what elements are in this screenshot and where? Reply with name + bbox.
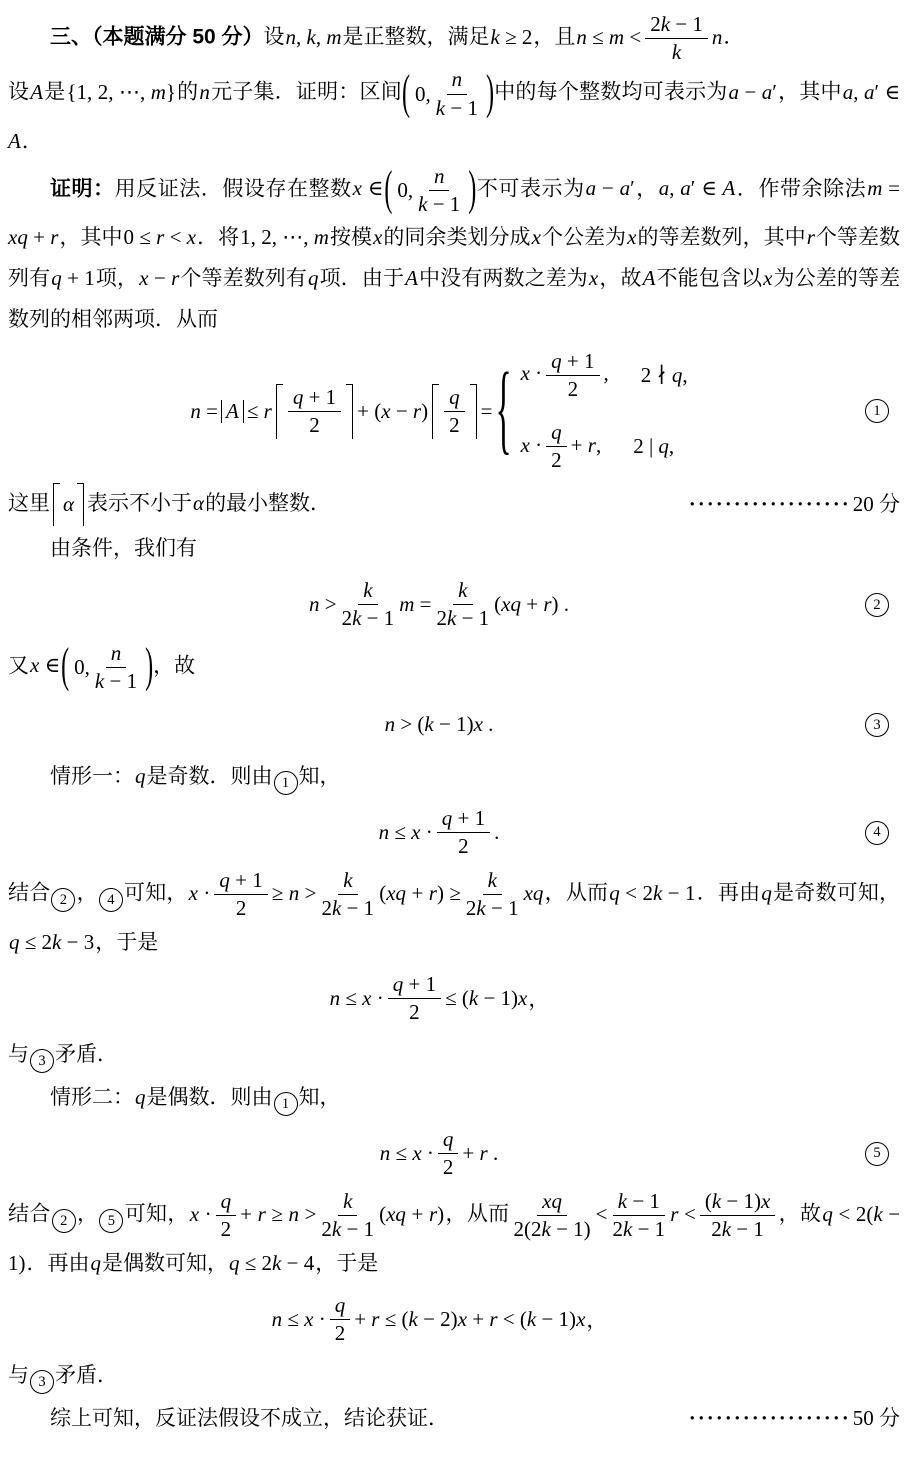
- math-var: k: [672, 40, 681, 64]
- math-symbol: − 4: [281, 1251, 314, 1275]
- ceiling-right-bracket: [77, 483, 84, 526]
- math-text: k: [362, 578, 373, 602]
- math-symbol: ) ≥: [437, 881, 461, 905]
- math-text: q ≤ 2k − 4: [228, 1251, 315, 1275]
- math-var: x: [474, 712, 483, 736]
- math-var: k: [488, 868, 497, 892]
- numerator: (k − 1)x: [700, 1189, 776, 1216]
- score-label: 20 分: [853, 484, 900, 525]
- text-run: 不能包含以: [656, 266, 762, 290]
- text-run: 可知，: [124, 881, 188, 905]
- math-var: a: [864, 80, 875, 104]
- math-var: k: [436, 96, 445, 120]
- text-run: ，且: [533, 25, 575, 49]
- ceiling-left-bracket: [432, 384, 439, 439]
- math-text: <: [595, 1202, 609, 1226]
- math-symbol: 0,: [74, 655, 90, 679]
- math-text: k ≥ 2: [490, 25, 534, 49]
- text-run: 个等差数列有: [180, 266, 307, 290]
- text-run: ，故: [778, 1202, 821, 1226]
- math-var: q: [91, 1251, 102, 1275]
- math-symbol: − 1: [627, 1189, 660, 1213]
- math-symbol: 2: [342, 606, 353, 630]
- math-symbol: ′: [772, 80, 777, 104]
- math-symbol: − 1: [456, 606, 489, 630]
- text-run: 设: [264, 25, 285, 49]
- math-text: 0,: [414, 74, 432, 115]
- math-symbol: − 1): [551, 1217, 591, 1241]
- left-paren: (: [384, 166, 392, 214]
- text-run: ，其中: [59, 225, 122, 249]
- math-symbol: − 1): [721, 1189, 761, 1213]
- math-symbol: +: [467, 1307, 489, 1331]
- math-var: n: [330, 986, 341, 1010]
- math-text: A: [29, 80, 44, 104]
- right-paren: ): [145, 643, 153, 691]
- dot-leader: ··················: [689, 484, 851, 525]
- math-var: x: [381, 399, 390, 423]
- math-text: 0 ≤ r < x: [123, 225, 198, 249]
- math-symbol: ,: [669, 434, 674, 458]
- math-symbol: ′ ∈: [691, 176, 723, 200]
- denominator: 2k − 1: [436, 605, 491, 631]
- math-var: k: [352, 606, 361, 630]
- text-run: 矛盾．: [55, 1363, 118, 1387]
- text-run: ．作带余除法: [736, 176, 866, 200]
- math-text: k − 1: [617, 1189, 661, 1213]
- math-symbol: 2: [551, 448, 562, 472]
- math-var: q: [229, 1251, 240, 1275]
- math-symbol: .: [494, 820, 499, 844]
- equation-tag: 1: [865, 399, 889, 423]
- math-var: n: [452, 67, 463, 91]
- math-text: q: [90, 1251, 103, 1275]
- paragraph: 三、（本题满分 50 分）设n, k, m是正整数，满足k ≥ 2，且n ≤ m…: [8, 12, 900, 65]
- ceiling-brackets: α: [53, 483, 84, 526]
- math-text: k: [342, 868, 353, 892]
- math-var: x: [458, 1307, 467, 1331]
- denominator: k − 1: [435, 95, 479, 121]
- math-var: q: [761, 881, 772, 905]
- math-symbol: +: [406, 881, 429, 905]
- math-text: n: [711, 25, 724, 49]
- denominator: 2k − 1: [341, 605, 396, 631]
- math-symbol: − 2): [418, 1307, 458, 1331]
- equation-content: n > (k − 1)x .: [384, 712, 495, 737]
- math-text: n: [198, 80, 211, 104]
- math-symbol: ·: [313, 1307, 325, 1331]
- math-var: k: [661, 12, 670, 36]
- fraction: nk − 1: [417, 164, 461, 217]
- paren-group: (0,nk − 1): [402, 67, 494, 120]
- math-text: x: [626, 225, 637, 249]
- math-symbol: ≤ 2: [240, 1251, 273, 1275]
- math-var: n: [272, 1307, 283, 1331]
- math-var: q: [219, 868, 230, 892]
- fraction: k2k − 1: [465, 868, 520, 921]
- math-var: k: [52, 930, 61, 954]
- circled-number: 4: [99, 888, 123, 912]
- math-text: 2: [334, 1321, 347, 1345]
- math-var: k: [332, 896, 341, 920]
- math-symbol: + 1: [230, 868, 263, 892]
- math-var: q: [9, 930, 20, 954]
- numerator: k: [483, 868, 502, 895]
- math-var: xq: [8, 225, 28, 249]
- math-symbol: ,: [682, 363, 687, 387]
- text-run: 综上可知，反证法假设不成立，结论获证．: [50, 1406, 449, 1430]
- score-line-text: 这里α表示不小于α的最小整数．: [8, 483, 331, 527]
- math-var: x: [763, 266, 772, 290]
- math-var: xq: [386, 881, 406, 905]
- math-text: x − r: [138, 266, 180, 290]
- math-symbol: ): [437, 1202, 444, 1226]
- text-run: 表示不小于: [87, 491, 192, 515]
- math-symbol: −: [739, 80, 762, 104]
- math-symbol: ·: [199, 1202, 212, 1226]
- math-symbol: + 1: [303, 385, 336, 409]
- fraction: xq2(2k − 1): [513, 1189, 592, 1242]
- math-text: ≤ r: [246, 399, 273, 424]
- denominator: 2: [220, 1216, 233, 1242]
- math-symbol: − 1): [536, 1307, 576, 1331]
- text-run: 个公差为: [542, 225, 626, 249]
- math-symbol: −: [391, 399, 413, 423]
- math-text: q: [220, 1189, 233, 1213]
- cases-group: {x ·q + 12,2 ∤ q,x ·q2+ r,2 | q,: [493, 349, 688, 474]
- cases-row: x ·q2+ r,2 | q,: [520, 420, 689, 473]
- math-text: x: [531, 225, 542, 249]
- math-text: q + 1: [218, 868, 263, 892]
- ceiling-content: α: [60, 483, 77, 526]
- fraction: k − 12k − 1: [612, 1189, 667, 1242]
- math-symbol: ): [421, 399, 428, 423]
- fraction: q2: [216, 1189, 237, 1242]
- math-symbol: ·: [371, 986, 383, 1010]
- math-var: k: [447, 606, 456, 630]
- math-var: k: [272, 1251, 281, 1275]
- math-symbol: > (: [395, 712, 424, 736]
- math-symbol: <: [596, 1202, 608, 1226]
- text-run: ．再由: [697, 881, 761, 905]
- numerator: q: [216, 1189, 237, 1216]
- text-run: ，于是: [95, 930, 158, 954]
- math-symbol: ≤: [340, 986, 362, 1010]
- math-symbol: − 1: [427, 192, 460, 216]
- math-symbol: − 1: [632, 1217, 665, 1241]
- math-text: 2 | q,: [632, 434, 675, 458]
- math-var: q: [135, 764, 146, 788]
- math-symbol: <: [678, 1202, 695, 1226]
- math-text: 2: [442, 1155, 455, 1179]
- display-equation: n ≤ x ·q + 12.4: [8, 806, 870, 859]
- paren-group: (0,nk − 1): [61, 641, 153, 694]
- math-var: x: [411, 820, 420, 844]
- math-text: α: [62, 484, 75, 525]
- math-var: a: [729, 80, 740, 104]
- math-symbol: 2: [335, 1321, 346, 1345]
- denominator: k − 1: [417, 191, 461, 217]
- math-var: k: [363, 578, 372, 602]
- ceiling-brackets: q2: [432, 384, 477, 439]
- math-text: 0,: [396, 170, 414, 211]
- math-text: n >: [308, 592, 338, 617]
- math-var: a: [659, 176, 670, 200]
- math-text: q + 1: [50, 266, 96, 290]
- math-var: q: [551, 349, 562, 373]
- math-symbol: ∈: [362, 176, 383, 200]
- math-symbol: − 1: [104, 669, 137, 693]
- ceiling-right-bracket: [346, 384, 353, 439]
- math-text: k: [671, 40, 682, 64]
- math-symbol: 2: [650, 12, 661, 36]
- math-text: 2: [235, 896, 248, 920]
- math-text: {1, 2, ⋯, m}: [65, 80, 176, 104]
- math-var: A: [30, 80, 43, 104]
- score: ··················20 分: [689, 484, 900, 525]
- score: ··················50 分: [689, 1398, 900, 1439]
- denominator: 2k − 1: [320, 1216, 375, 1242]
- text-run: ，: [636, 176, 658, 200]
- math-symbol: +: [406, 1202, 429, 1226]
- math-symbol: −: [148, 266, 171, 290]
- numerator: k: [338, 1189, 357, 1216]
- math-symbol: ,: [604, 361, 609, 385]
- math-symbol: .: [483, 712, 494, 736]
- math-var: n: [379, 820, 390, 844]
- numerator: q: [330, 1293, 351, 1320]
- math-var: x: [627, 225, 636, 249]
- math-symbol: ≤ (: [445, 986, 469, 1010]
- math-var: r: [429, 881, 437, 905]
- math-text: + r ≤ (k − 2)x + r < (k − 1)x: [353, 1307, 586, 1332]
- numerator: k: [453, 578, 472, 605]
- math-var: r: [480, 1141, 488, 1165]
- math-var: k: [712, 1189, 721, 1213]
- math-text: 2: [550, 448, 563, 472]
- math-text: x: [372, 225, 383, 249]
- math-var: x: [532, 225, 541, 249]
- fraction: q + 12: [437, 806, 490, 859]
- denominator: 2: [567, 376, 580, 402]
- math-var: A: [723, 176, 736, 200]
- math-text: (k − 1)x: [704, 1189, 772, 1213]
- math-var: q: [335, 1293, 346, 1317]
- paren-content: 0,nk − 1: [69, 641, 145, 694]
- math-symbol: ·: [421, 820, 433, 844]
- math-symbol: .: [488, 1141, 499, 1165]
- paragraph: 证明：用反证法．假设存在整数x ∈(0,nk − 1)不可表示为a − a′，a…: [8, 164, 900, 340]
- numerator: k: [358, 578, 377, 605]
- math-var: k: [343, 1189, 352, 1213]
- math-symbol: 2(2: [514, 1217, 542, 1241]
- math-var: n: [712, 25, 723, 49]
- math-var: x: [761, 1189, 770, 1213]
- denominator: 2k − 1: [465, 895, 520, 921]
- math-var: k: [623, 1217, 632, 1241]
- denominator: k − 1: [94, 668, 138, 694]
- text-run: ，: [77, 1202, 99, 1226]
- math-text: x ·: [520, 433, 544, 457]
- math-text: a − a′: [585, 176, 636, 200]
- math-var: n: [289, 881, 300, 905]
- math-symbol: =: [201, 399, 218, 423]
- math-text: α: [192, 491, 205, 515]
- math-text: n =: [189, 399, 219, 424]
- math-var: k: [873, 1202, 882, 1226]
- math-var: A: [643, 266, 656, 290]
- math-text: n ≤ x ·: [329, 986, 385, 1011]
- math-var: r: [588, 433, 596, 457]
- math-var: A: [8, 129, 21, 153]
- cases-row: x ·q + 12,2 ∤ q,: [520, 349, 689, 402]
- math-text: x ·: [520, 361, 544, 385]
- math-var: r: [50, 225, 58, 249]
- right-paren: ): [486, 70, 494, 118]
- math-var: r: [429, 1202, 437, 1226]
- math-text: 2k − 1: [612, 1217, 667, 1241]
- math-text: m =: [398, 592, 432, 617]
- math-symbol: ,: [316, 25, 327, 49]
- math-var: x: [521, 433, 530, 457]
- math-var: m: [151, 80, 166, 104]
- text-run: 项，: [96, 266, 138, 290]
- math-text: 2: [408, 1000, 421, 1024]
- math-text: ≤ (k − 1)x: [444, 986, 528, 1011]
- math-text: 2k − 1: [341, 606, 396, 630]
- math-symbol: + 1: [562, 349, 595, 373]
- text-run: 知，: [299, 1085, 341, 1109]
- math-var: q: [609, 881, 620, 905]
- math-var: k: [409, 1307, 418, 1331]
- math-text: q: [307, 266, 320, 290]
- math-text: q: [134, 1085, 147, 1109]
- math-symbol: }: [166, 80, 176, 104]
- math-text: q: [448, 385, 461, 409]
- dot-leader: ··················: [689, 1398, 851, 1439]
- math-text: n ≤ m <: [575, 25, 642, 49]
- math-var: k: [424, 712, 433, 736]
- numerator: n: [447, 67, 468, 94]
- paragraph: 情形一：q是奇数．则由1知，: [8, 756, 900, 797]
- math-var: m: [314, 225, 329, 249]
- math-symbol: 2: [568, 377, 579, 401]
- math-symbol: − 1): [478, 986, 518, 1010]
- math-var: k: [542, 1217, 551, 1241]
- math-text: 2: [567, 377, 580, 401]
- math-text: + (x − r): [356, 399, 429, 424]
- math-symbol: 2: [321, 1217, 332, 1241]
- equation-tag: 2: [865, 593, 889, 617]
- text-run: ，从而: [445, 1202, 509, 1226]
- math-text: .: [493, 820, 500, 845]
- text-run: ，故: [599, 266, 641, 290]
- math-text: A: [225, 399, 240, 424]
- math-text: 2: [308, 413, 321, 437]
- fraction: nk − 1: [94, 641, 138, 694]
- circled-number: 2: [51, 888, 75, 912]
- fraction: q + 12: [214, 868, 267, 921]
- math-text: (xq + r): [378, 1202, 445, 1226]
- denominator: 2: [550, 447, 563, 473]
- math-var: q: [672, 363, 683, 387]
- paren-content: 0,nk − 1: [410, 67, 486, 120]
- score-line-text: 综上可知，反证法假设不成立，结论获证．: [8, 1398, 449, 1439]
- paren-content: 0,nk − 1: [392, 164, 468, 217]
- math-var: a: [843, 80, 854, 104]
- math-var: q: [822, 1202, 833, 1226]
- math-var: q: [449, 385, 460, 409]
- math-var: n: [286, 25, 297, 49]
- bold-heading: 三、（本题满分 50 分）: [50, 26, 264, 49]
- circled-number: 2: [52, 1209, 76, 1233]
- math-symbol: − 1: [670, 12, 703, 36]
- math-var: xq: [501, 592, 521, 616]
- ceiling-right-bracket: [470, 384, 477, 439]
- math-symbol: <: [164, 225, 186, 249]
- math-text: q: [334, 1293, 347, 1317]
- denominator: 2: [448, 412, 461, 438]
- math-symbol: ·: [198, 881, 210, 905]
- text-run: ．再由: [27, 1251, 90, 1275]
- math-symbol: ≤: [247, 399, 264, 423]
- math-text: (xq + r) .: [493, 592, 570, 617]
- case-expression: x ·q + 12,: [520, 349, 610, 402]
- math-symbol: =: [414, 592, 431, 616]
- text-run: 中没有两数之差为: [419, 266, 588, 290]
- numerator: q + 1: [214, 868, 267, 895]
- math-text: 2k − 1: [320, 1217, 375, 1241]
- math-symbol: 2: [458, 834, 469, 858]
- math-symbol: 2 |: [633, 434, 658, 458]
- math-text: q: [760, 881, 773, 905]
- numerator: q: [546, 420, 567, 447]
- numerator: k − 1: [613, 1189, 665, 1216]
- score-label: 50 分: [853, 1398, 900, 1439]
- ceiling-content: q2: [439, 384, 470, 439]
- fraction: q2: [546, 420, 567, 473]
- math-var: q: [51, 266, 62, 290]
- math-var: k: [458, 578, 467, 602]
- ceiling-left-bracket: [276, 384, 283, 439]
- text-run: 又: [8, 653, 29, 677]
- math-symbol: >: [299, 881, 316, 905]
- paragraph: 与3矛盾．: [8, 1355, 900, 1396]
- math-var: a: [762, 80, 773, 104]
- math-symbol: ,: [853, 80, 864, 104]
- paragraph: 结合2，5可知，x ·q2+ r ≥ n >k2k − 1(xq + r)，从而…: [8, 1189, 900, 1283]
- denominator: 2k − 1: [321, 895, 376, 921]
- math-text: k − 1: [417, 192, 461, 216]
- math-text: x ∈: [29, 653, 61, 677]
- math-text: 1, 2, ⋯, m: [239, 225, 330, 249]
- text-run: 按模: [330, 225, 372, 249]
- right-paren: ): [468, 166, 476, 214]
- math-var: k: [527, 1307, 536, 1331]
- display-equation: n ≤ x ·q2+ r ≤ (k − 2)x + r < (k − 1)x，: [8, 1293, 870, 1346]
- math-text: ≥ n >: [271, 881, 318, 905]
- text-run: 由条件，我们有: [50, 536, 197, 560]
- math-var: k: [343, 868, 352, 892]
- text-run: 矛盾．: [55, 1042, 118, 1066]
- math-var: x: [576, 1307, 585, 1331]
- fraction: q2: [330, 1293, 351, 1346]
- numerator: xq: [537, 1189, 567, 1216]
- math-var: k: [653, 881, 662, 905]
- math-symbol: ≥: [266, 1202, 289, 1226]
- math-symbol: 2: [711, 1217, 722, 1241]
- paragraph: 结合2，4可知，x ·q + 12≥ n >k2k − 1(xq + r) ≥k…: [8, 868, 900, 962]
